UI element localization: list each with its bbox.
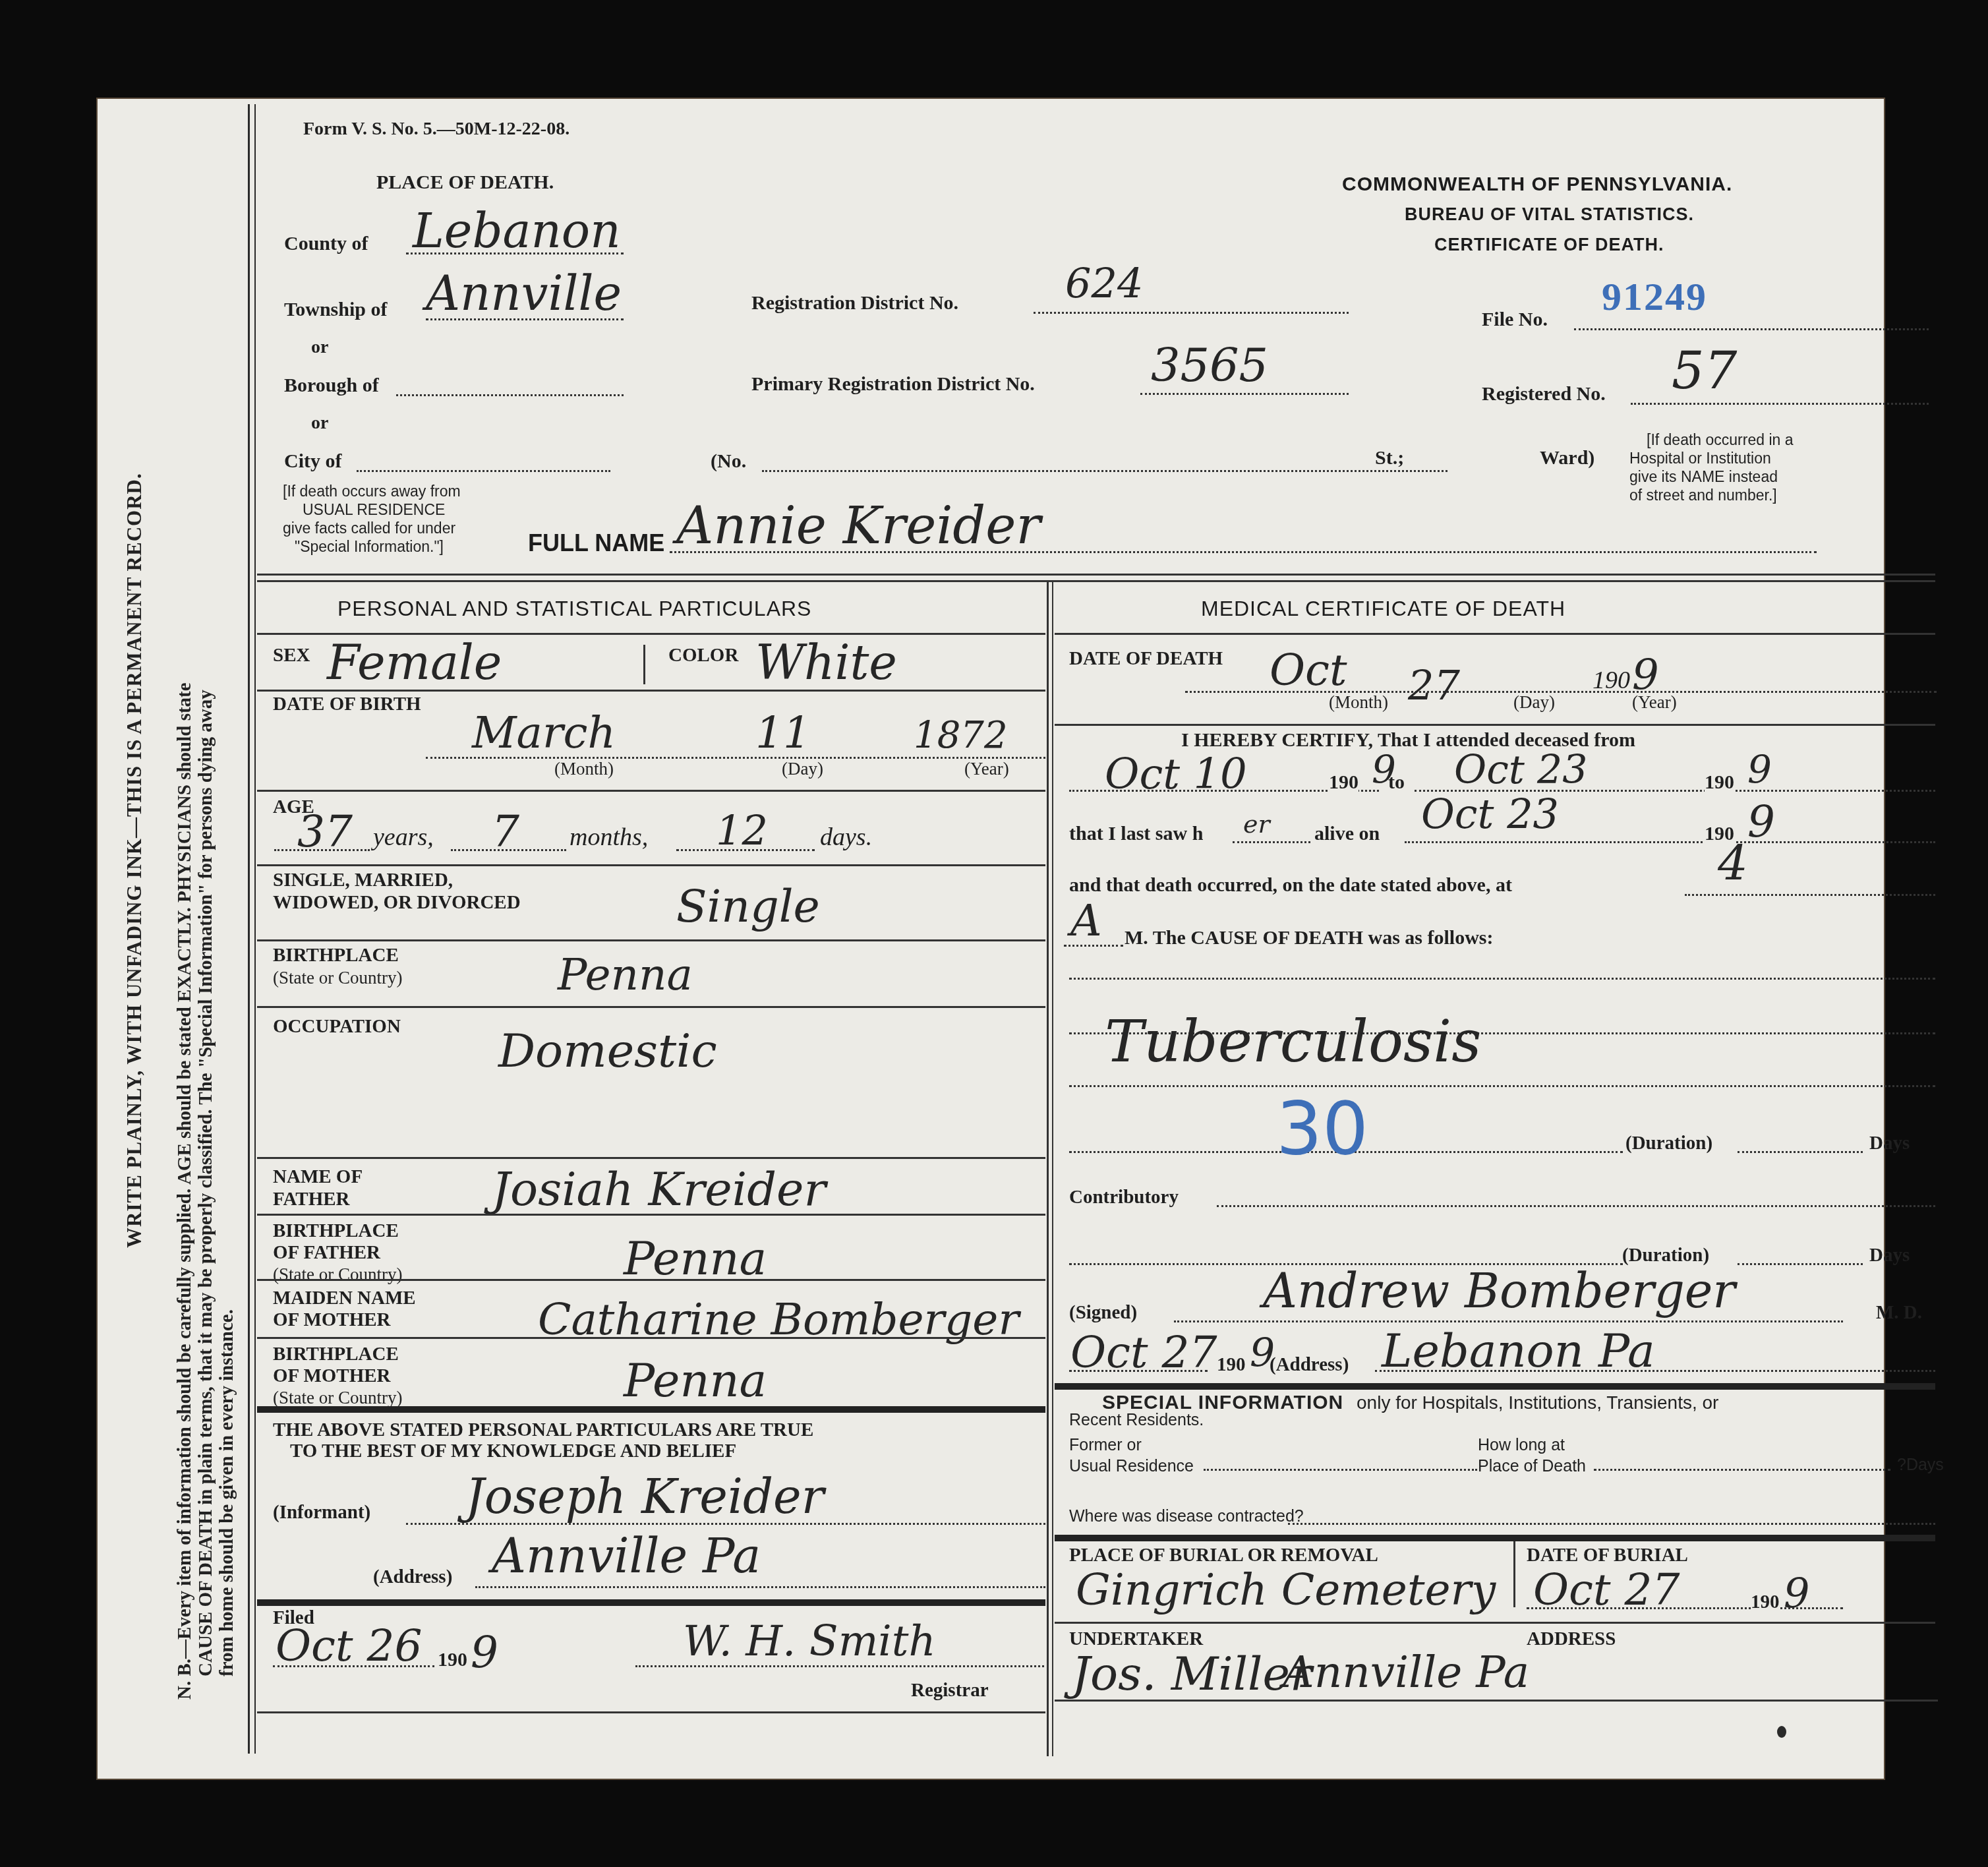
to-label: to (1388, 771, 1405, 794)
undertaker-address-value[interactable]: Annville Pa (1283, 1647, 1529, 1698)
margin-rule (248, 104, 250, 1754)
header-commonwealth: COMMONWEALTH OF PENNSYLVANIA. (1342, 173, 1732, 196)
death-time-value[interactable]: 4 (1718, 836, 1748, 891)
alive-on-year-value[interactable]: 9 (1747, 796, 1775, 847)
attestation-line: THE ABOVE STATED PERSONAL PARTICULARS AR… (273, 1419, 813, 1440)
hospital-note-line: of street and number.] (1629, 486, 1793, 504)
margin-rule-inner (254, 104, 256, 1754)
burial-place-label: PLACE OF BURIAL OR REMOVAL (1069, 1545, 1378, 1566)
header-bureau: BUREAU OF VITAL STATISTICS. (1405, 204, 1694, 225)
attended-to-year-value[interactable]: 9 (1747, 747, 1772, 792)
dod-month-value[interactable]: Oct (1270, 645, 1347, 696)
filed-date-value[interactable]: Oct 26 (276, 1620, 423, 1671)
cause-label: M. The CAUSE OF DEATH was as follows: (1125, 927, 1493, 949)
hospital-note: [If death occurred in a Hospital or Inst… (1629, 430, 1793, 504)
former-residence-label-line: Former or (1069, 1435, 1194, 1456)
how-long-line[interactable] (1594, 1469, 1890, 1471)
marital-label: SINGLE, MARRIED, WIDOWED, OR DIVORCED (273, 869, 521, 914)
filed-year-value[interactable]: 9 (471, 1627, 498, 1678)
hospital-note-line: give its NAME instead (1629, 467, 1793, 486)
duration2-days-line (1738, 1263, 1863, 1265)
row-rule (257, 939, 1045, 941)
dod-label: DATE OF DEATH (1069, 648, 1223, 670)
age-months-value[interactable]: 7 (492, 806, 519, 857)
last-saw-pronoun-value[interactable]: er (1243, 810, 1270, 839)
mother-birthplace-value[interactable]: Penna (624, 1353, 767, 1408)
dod-month-caption: (Month) (1329, 692, 1388, 713)
dob-month-value[interactable]: March (472, 707, 616, 758)
signed-line (1174, 1320, 1843, 1322)
marital-label-line: SINGLE, MARRIED, (273, 869, 521, 891)
dob-label: DATE OF BIRTH (273, 694, 421, 715)
section-rule (1055, 1383, 1935, 1390)
am-pm-value[interactable]: A (1070, 895, 1102, 946)
file-no-value[interactable]: 91249 (1602, 274, 1707, 320)
dob-day-caption: (Day) (782, 759, 823, 779)
informant-address-label: (Address) (373, 1566, 452, 1588)
father-birthplace-label-line: BIRTHPLACE (273, 1220, 402, 1242)
birthplace-caption: (State or Country) (273, 968, 402, 988)
row-rule (257, 1214, 1045, 1216)
or-label-2: or (311, 413, 328, 434)
alive-on-line (1405, 841, 1935, 843)
row-rule (257, 1006, 1045, 1008)
margin-note-line-3: from home should be given in every insta… (216, 1309, 238, 1676)
township-label: Township of (284, 299, 387, 321)
registered-no-line (1631, 403, 1929, 405)
father-birthplace-label-line: OF FATHER (273, 1242, 402, 1264)
section-rule-top-2 (257, 580, 1935, 582)
occupation-value[interactable]: Domestic (498, 1024, 717, 1078)
form-number: Form V. S. No. 5.—50M-12-22-08. (303, 119, 570, 140)
city-line[interactable] (357, 470, 610, 472)
signed-label: (Signed) (1069, 1302, 1137, 1324)
duration-label: (Duration) (1625, 1133, 1712, 1154)
section-rule (1055, 1535, 1935, 1541)
dod-day-caption: (Day) (1513, 692, 1555, 713)
margin-note-line-2: CAUSE OF DEATH in plain terms, that it m… (195, 690, 217, 1676)
column-divider-2 (1052, 580, 1053, 1756)
street-no-label: (No. (711, 450, 746, 473)
away-note: [If death occurs away from USUAL RESIDEN… (283, 482, 461, 556)
duration2-days-label: Days (1869, 1245, 1910, 1266)
primary-district-line (1140, 393, 1349, 395)
how-long-label-line: Place of Death (1478, 1456, 1586, 1477)
mother-name-label-line: MAIDEN NAME (273, 1288, 416, 1309)
occupation-label: OCCUPATION (273, 1016, 401, 1038)
disease-contracted-label: Where was disease contracted? (1069, 1507, 1304, 1526)
disease-contracted-line[interactable] (1288, 1523, 1935, 1525)
registration-district-value[interactable]: 624 (1065, 259, 1143, 307)
mother-name-label-line: OF MOTHER (273, 1309, 416, 1331)
last-saw-pronoun-line (1233, 841, 1310, 843)
attended-to-value[interactable]: Oct 23 (1454, 747, 1587, 793)
dod-year-prefix: 190 (1593, 666, 1630, 695)
registered-no-label: Registered No. (1482, 383, 1606, 405)
mother-birthplace-label-line: BIRTHPLACE (273, 1344, 402, 1365)
away-note-line: USUAL RESIDENCE (283, 500, 461, 519)
row-rule (257, 1279, 1045, 1281)
physician-address-label: (Address) (1270, 1354, 1349, 1376)
father-birthplace-caption: (State or Country) (273, 1264, 402, 1286)
burial-year-value[interactable]: 9 (1784, 1569, 1809, 1617)
duration-value[interactable]: 30 (1276, 1086, 1368, 1171)
father-name-label-line: FATHER (273, 1188, 363, 1210)
birthplace-label: BIRTHPLACE (273, 945, 399, 966)
registration-district-label: Registration District No. (751, 292, 958, 314)
registration-district-line (1034, 312, 1349, 314)
header-certificate: CERTIFICATE OF DEATH. (1434, 235, 1664, 255)
burial-divider (1513, 1541, 1515, 1607)
how-long-label: How long at Place of Death (1478, 1435, 1586, 1477)
duration-days-label: Days (1869, 1133, 1910, 1154)
burial-place-value[interactable]: Gingrich Cemetery (1076, 1564, 1496, 1615)
hospital-note-line: Hospital or Institution (1629, 449, 1793, 467)
father-name-value[interactable]: Josiah Kreider (492, 1162, 826, 1216)
township-value[interactable]: Annville (426, 266, 622, 321)
color-value[interactable]: White (755, 635, 897, 690)
section-rule (257, 1406, 1045, 1413)
primary-district-value[interactable]: 3565 (1151, 338, 1268, 392)
full-name-label: FULL NAME (528, 529, 664, 557)
row-rule (257, 790, 1045, 792)
away-note-line: [If death occurs away from (283, 482, 461, 500)
registrar-signature[interactable]: W. H. Smith (683, 1617, 936, 1666)
death-time-label: and that death occurred, on the date sta… (1069, 874, 1512, 897)
sex-color-divider (643, 645, 645, 684)
personal-section-title: PERSONAL AND STATISTICAL PARTICULARS (337, 597, 811, 621)
county-label: County of (284, 233, 368, 255)
ward-label: Ward) (1540, 447, 1594, 469)
margin-note-permanent-record: WRITE PLAINLY, WITH UNFADING INK—THIS IS… (123, 473, 146, 1248)
row-rule (257, 1711, 1045, 1713)
attended-from-value[interactable]: Oct 10 (1105, 750, 1247, 799)
contributory-label: Contributory (1069, 1187, 1179, 1208)
row-rule (1055, 633, 1935, 635)
dob-year-caption: (Year) (964, 759, 1009, 779)
how-long-label-line: How long at (1478, 1435, 1586, 1456)
row-rule (1055, 724, 1935, 726)
former-residence-line[interactable] (1204, 1469, 1477, 1471)
mother-birthplace-label-line: OF MOTHER (273, 1365, 402, 1387)
father-birthplace-label: BIRTHPLACE OF FATHER (State or Country) (273, 1220, 402, 1286)
away-note-line: give facts called for under (283, 519, 461, 537)
attestation-line: TO THE BEST OF MY KNOWLEDGE AND BELIEF (273, 1440, 813, 1462)
cause-of-death-value[interactable]: Tuberculosis (1105, 1007, 1481, 1075)
cause-line-3 (1069, 1085, 1935, 1087)
row-rule (257, 690, 1045, 692)
dob-day-value[interactable]: 11 (755, 707, 811, 758)
former-residence-label-line: Usual Residence (1069, 1456, 1194, 1477)
signed-date-value[interactable]: Oct 27 (1070, 1327, 1217, 1378)
alive-on-label: alive on (1314, 823, 1380, 845)
burial-year-prefix: 190 (1751, 1591, 1780, 1613)
color-label: COLOR (668, 645, 738, 667)
hospital-note-line: [If death occurred in a (1629, 430, 1793, 449)
row-rule (1055, 1622, 1935, 1624)
father-name-label-line: NAME OF (273, 1166, 363, 1188)
dob-month-caption: (Month) (554, 759, 614, 779)
special-info-subtitle: only for Hospitals, Institutions, Transi… (1357, 1392, 1718, 1413)
md-label: M. D. (1876, 1302, 1922, 1324)
row-rule (257, 864, 1045, 866)
section-rule (257, 1599, 1045, 1606)
ink-blot-mark (1777, 1726, 1786, 1738)
undertaker-value[interactable]: Jos. Miller (1072, 1647, 1312, 1701)
street-label: St.; (1375, 447, 1404, 469)
age-years-label: years, (373, 823, 434, 852)
sex-label: SEX (273, 645, 310, 667)
row-rule (257, 1337, 1045, 1339)
informant-label: (Informant) (273, 1502, 370, 1524)
mother-name-label: MAIDEN NAME OF MOTHER (273, 1288, 416, 1331)
filed-year-prefix: 190 (438, 1649, 467, 1671)
county-value[interactable]: Lebanon (413, 203, 621, 258)
physician-address-value[interactable]: Lebanon Pa (1382, 1324, 1655, 1378)
signed-year-prefix: 190 (1217, 1354, 1246, 1376)
alive-on-value[interactable]: Oct 23 (1421, 790, 1559, 838)
row-rule (1055, 1700, 1938, 1702)
father-name-label: NAME OF FATHER (273, 1166, 363, 1210)
column-divider (1047, 580, 1049, 1756)
death-certificate-paper: WRITE PLAINLY, WITH UNFADING INK—THIS IS… (96, 98, 1885, 1780)
cause-line-1 (1069, 978, 1935, 980)
registrar-label: Registrar (911, 1680, 989, 1702)
physician-signature[interactable]: Andrew Bomberger (1263, 1263, 1736, 1319)
sex-value[interactable]: Female (327, 635, 502, 690)
age-months-label: months, (570, 823, 648, 852)
borough-line[interactable] (396, 394, 624, 396)
informant-address-line (475, 1586, 1045, 1588)
margin-note-line-1: N. B.—Every item of information should b… (174, 682, 196, 1700)
marital-value[interactable]: Single (676, 881, 820, 933)
last-saw-label: that I last saw h (1069, 823, 1203, 845)
primary-district-label: Primary Registration District No. (751, 373, 1035, 396)
special-info-subtitle-2: Recent Residents. (1069, 1411, 1204, 1430)
full-name-value[interactable]: Annie Kreider (676, 496, 1041, 556)
attended-to-year-prefix: 190 (1705, 771, 1734, 794)
burial-date-label: DATE OF BURIAL (1527, 1545, 1688, 1566)
contributory-line[interactable] (1217, 1205, 1935, 1207)
father-birthplace-value[interactable]: Penna (624, 1231, 767, 1286)
attestation: THE ABOVE STATED PERSONAL PARTICULARS AR… (273, 1419, 813, 1462)
file-no-label: File No. (1482, 309, 1548, 331)
former-residence-label: Former or Usual Residence (1069, 1435, 1194, 1477)
death-time-line (1685, 894, 1935, 896)
dod-year-caption: (Year) (1632, 692, 1677, 713)
birthplace-value[interactable]: Penna (558, 949, 693, 1000)
attended-from-year-prefix: 190 (1329, 771, 1359, 794)
place-of-death-title: PLACE OF DEATH. (376, 171, 554, 194)
duration-days-line (1738, 1151, 1863, 1153)
informant-value[interactable]: Joseph Kreider (465, 1469, 824, 1524)
mother-birthplace-label: BIRTHPLACE OF MOTHER (State or Country) (273, 1344, 402, 1409)
burial-date-value[interactable]: Oct 27 (1533, 1564, 1680, 1615)
city-label: City of (284, 450, 341, 473)
age-days-label: days. (820, 823, 872, 852)
borough-label: Borough of (284, 374, 379, 397)
away-note-line: "Special Information."] (283, 537, 461, 556)
registered-no-value[interactable]: 57 (1672, 341, 1737, 401)
how-long-days-label: ?Days (1897, 1456, 1944, 1475)
dod-day-value[interactable]: 27 (1408, 661, 1460, 709)
age-days-value[interactable]: 12 (716, 806, 768, 854)
row-rule (257, 1157, 1045, 1159)
street-line[interactable] (762, 470, 1447, 472)
medical-section-title: MEDICAL CERTIFICATE OF DEATH (1201, 597, 1565, 621)
undertaker-address-label: ADDRESS (1527, 1628, 1616, 1650)
age-years-value[interactable]: 37 (297, 806, 353, 857)
dob-year-value[interactable]: 1872 (914, 714, 1008, 757)
informant-address-value[interactable]: Annville Pa (492, 1528, 761, 1584)
section-rule-top (257, 574, 1935, 576)
marital-label-line: WIDOWED, OR DIVORCED (273, 891, 521, 914)
file-no-line (1574, 328, 1929, 330)
or-label-1: or (311, 337, 328, 358)
